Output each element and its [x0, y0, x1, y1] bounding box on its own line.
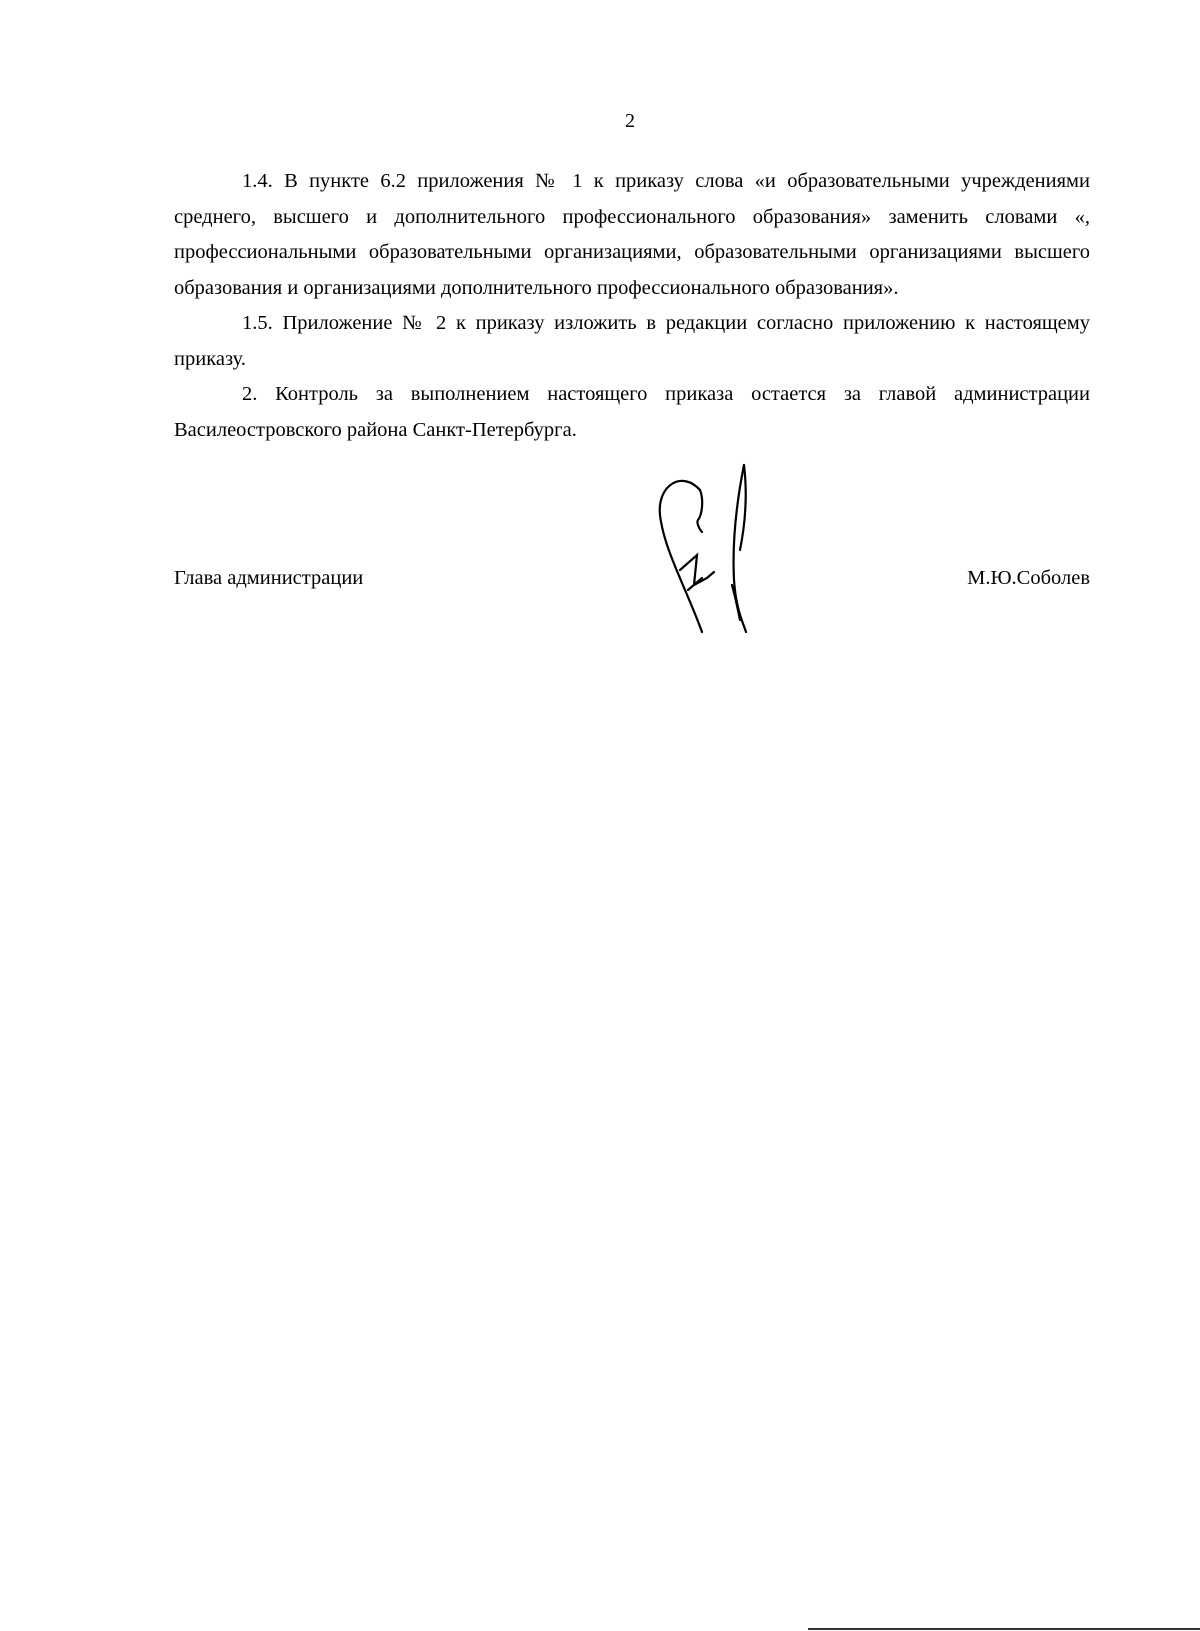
page-number: 2 [0, 110, 1200, 133]
page-edge-line [808, 1628, 1200, 1630]
paragraph-1-4: 1.4. В пункте 6.2 приложения № 1 к прика… [174, 164, 1090, 306]
document-body: 1.4. В пункте 6.2 приложения № 1 к прика… [174, 164, 1090, 448]
paragraph-1-5: 1.5. Приложение № 2 к приказу изложить в… [174, 306, 1090, 377]
paragraph-2: 2. Контроль за выполнением настоящего пр… [174, 377, 1090, 448]
signatory-name: М.Ю.Соболев [967, 567, 1090, 590]
signatory-title: Глава администрации [174, 567, 363, 590]
handwritten-signature [652, 460, 772, 635]
